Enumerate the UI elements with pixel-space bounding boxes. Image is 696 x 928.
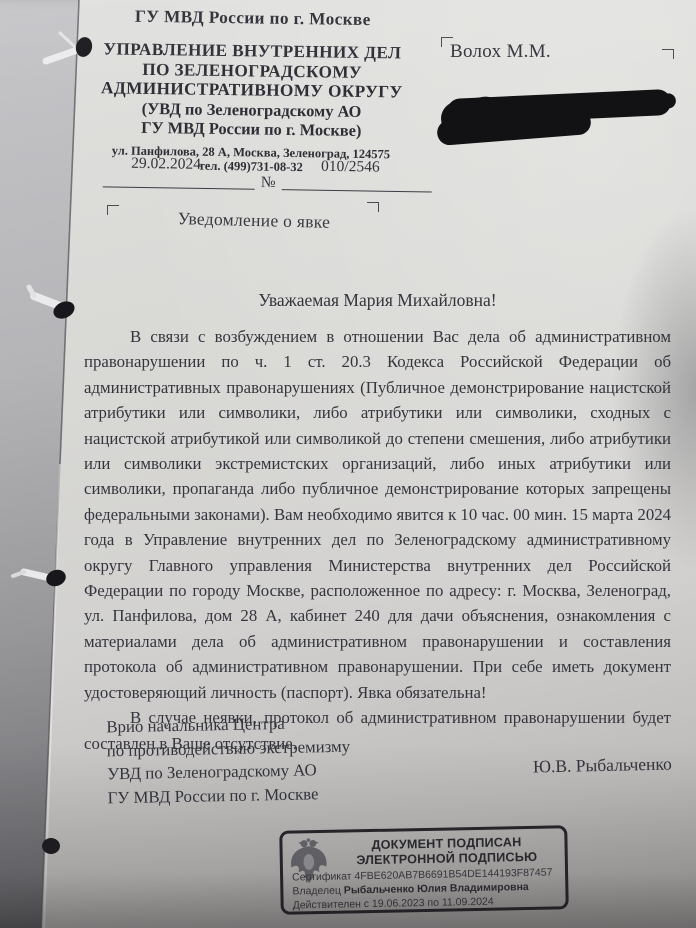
binding-thread [46, 49, 80, 61]
date-underline [103, 174, 255, 189]
owner-label: Владелец [292, 885, 341, 898]
signer-position: Врио начальника Центра по противодействи… [106, 711, 351, 810]
electronic-signature-stamp: ДОКУМЕНТ ПОДПИСАН ЭЛЕКТРОННОЙ ПОДПИСЬЮ С… [279, 825, 569, 915]
stamp-details: Сертификат 4FBE620AB7B6691B54DE144193F87… [292, 866, 553, 913]
recipient-name: Волох М.М. [450, 41, 551, 63]
number-underline [282, 177, 432, 192]
binding-thread [34, 296, 60, 306]
stamp-title: ДОКУМЕНТ ПОДПИСАН ЭЛЕКТРОННОЙ ПОДПИСЬЮ [328, 828, 565, 868]
body-text: В связи с возбуждением в отношении Вас д… [84, 324, 671, 756]
document-number: 010/2546 [321, 158, 380, 177]
signer-position-line: ГУ МВД России по г. Москве [107, 781, 351, 809]
letterhead-org-line: ГУ МВД России по г. Москве) [78, 116, 424, 140]
owner-value: Рыбальченко Юлия Владимировна [344, 881, 529, 897]
binding-thread [60, 33, 74, 46]
body-paragraph-1: В связи с возбуждением в отношении Вас д… [84, 324, 671, 705]
title-corner-mark-right [367, 202, 379, 212]
title-corner-mark-left [107, 205, 119, 215]
document-title: Уведомление о явке [128, 207, 380, 234]
letterhead: ГУ МВД России по г. Москве УПРАВЛЕНИЕ ВН… [78, 6, 426, 176]
binding-thread [13, 572, 24, 576]
number-sign: № [255, 176, 282, 190]
date-number-row: 29.02.2024 010/2546 № [103, 154, 443, 192]
binding-thread [24, 572, 50, 578]
binding-thread [29, 287, 34, 296]
document-date: 29.02.2024 [131, 155, 201, 174]
letterhead-org-top: ГУ МВД России по г. Москве [80, 6, 426, 31]
document-photo: ГУ МВД России по г. Москве УПРАВЛЕНИЕ ВН… [0, 0, 696, 928]
recipient-corner-mark-right [662, 49, 674, 59]
salutation: Уважаемая Мария Михайловна! [84, 290, 671, 311]
document-page: ГУ МВД России по г. Москве УПРАВЛЕНИЕ ВН… [0, 0, 696, 928]
signer-name: Ю.В. Рыбальченко [533, 754, 672, 778]
certificate-label: Сертификат [292, 870, 352, 883]
